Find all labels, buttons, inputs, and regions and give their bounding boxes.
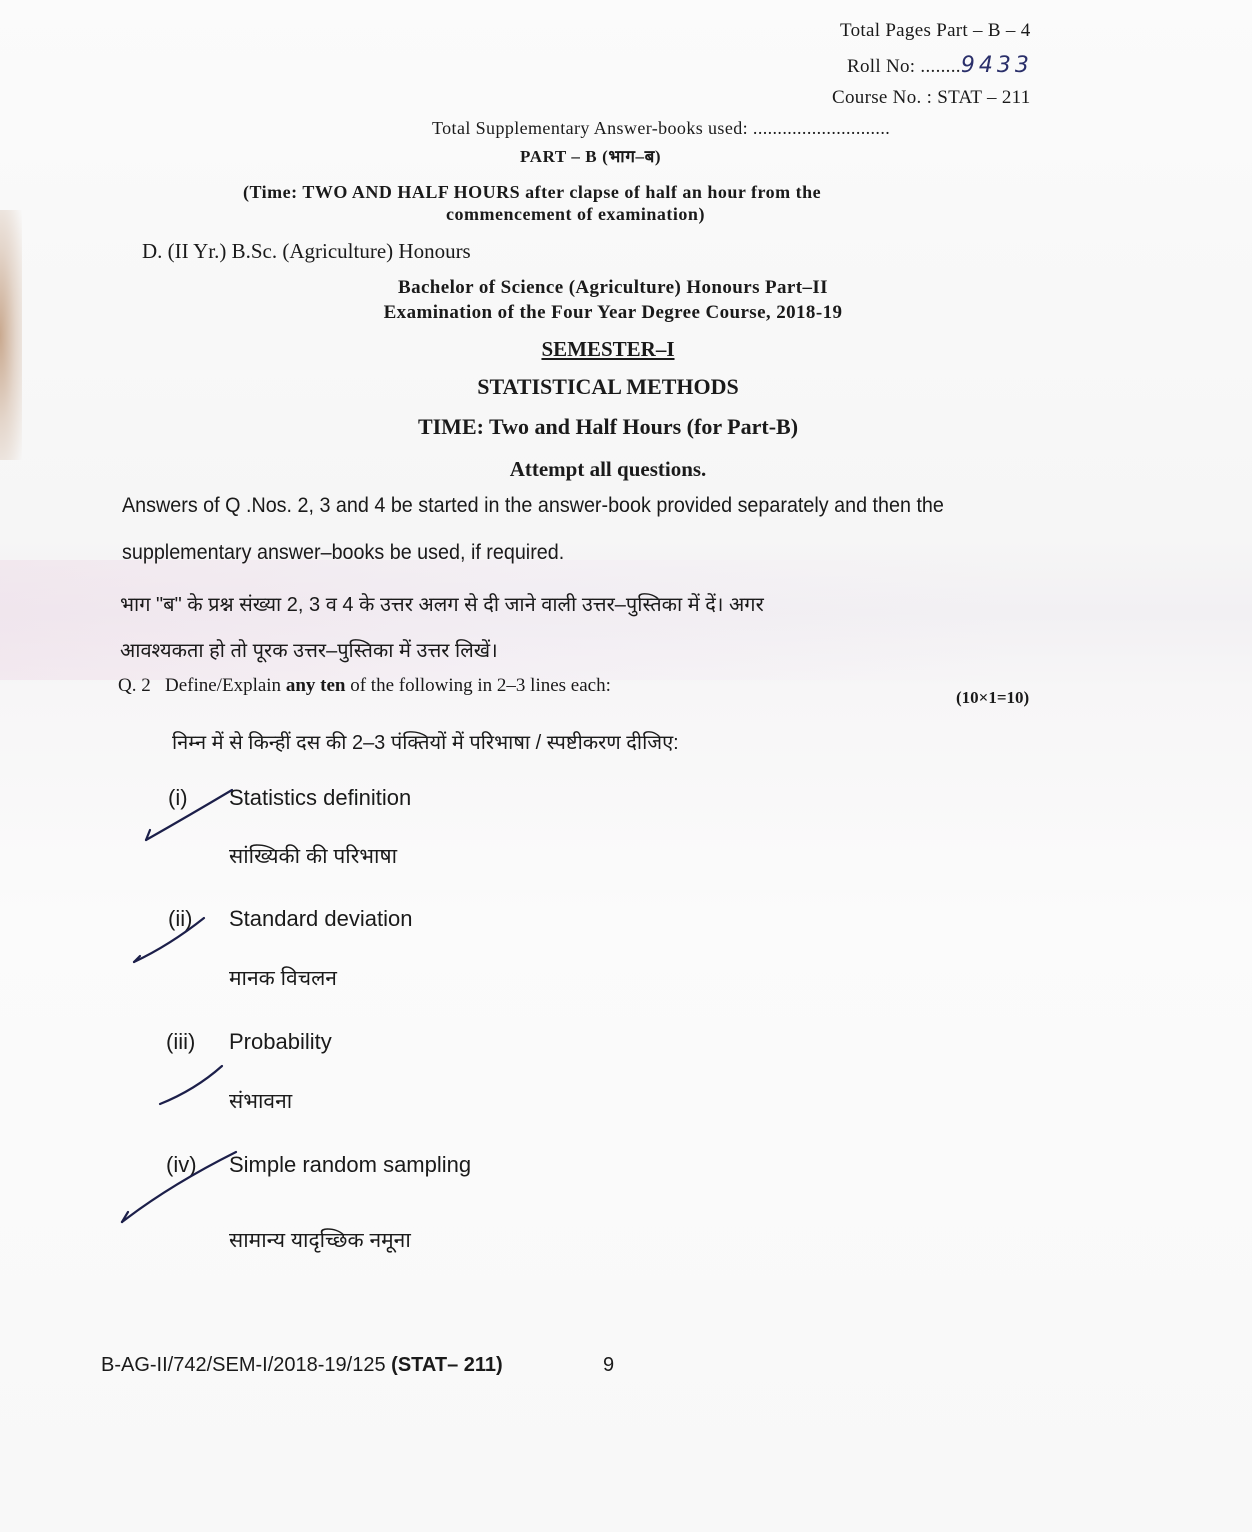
pen-tick-marks-icon	[0, 0, 1252, 1532]
page-number: 9	[603, 1354, 614, 1377]
paper-code: B-AG-II/742/SEM-I/2018-19/125 (STAT– 211…	[101, 1354, 503, 1377]
